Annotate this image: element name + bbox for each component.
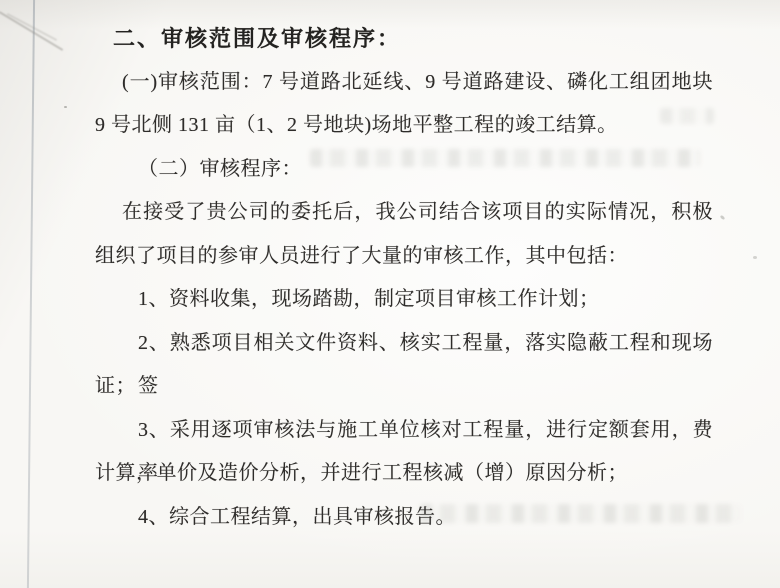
text-line: 3、采用逐项审核法与施工单位核对工程量，进行定额套用，费率 bbox=[138, 409, 713, 453]
text-line: 组织了项目的参审人员进行了大量的审核工作，其中包括： bbox=[95, 235, 713, 279]
document-text-block: 二、审核范围及审核程序：(一)审核范围：7 号道路北延线、9 号道路建设、磷化工… bbox=[95, 17, 713, 539]
scanned-document-page: 二、审核范围及审核程序：(一)审核范围：7 号道路北延线、9 号道路建设、磷化工… bbox=[0, 0, 780, 588]
text-line: 1、资料收集，现场踏勘，制定项目审核工作计划； bbox=[138, 278, 713, 322]
text-line: (一)审核范围：7 号道路北延线、9 号道路建设、磷化工组团地块 bbox=[122, 61, 713, 105]
scan-speck bbox=[720, 215, 726, 221]
paper-fold-line bbox=[27, 0, 35, 588]
text-line: （二）审核程序： bbox=[138, 148, 713, 192]
text-line: 计算，单价及造价分析，并进行工程核减（增）原因分析； bbox=[95, 452, 713, 496]
scan-speck bbox=[64, 106, 67, 108]
text-line: 证； bbox=[95, 365, 713, 409]
scan-speck bbox=[753, 256, 757, 259]
text-line: 在接受了贵公司的委托后，我公司结合该项目的实际情况，积极 bbox=[122, 191, 713, 235]
text-line: 9 号北侧 131 亩（1、2 号地块)场地平整工程的竣工结算。 bbox=[95, 104, 713, 148]
section-heading: 二、审核范围及审核程序： bbox=[113, 17, 713, 61]
text-line: 2、熟悉项目相关文件资料、核实工程量，落实隐蔽工程和现场签 bbox=[138, 322, 713, 366]
text-line: 4、综合工程结算，出具审核报告。 bbox=[138, 496, 713, 540]
